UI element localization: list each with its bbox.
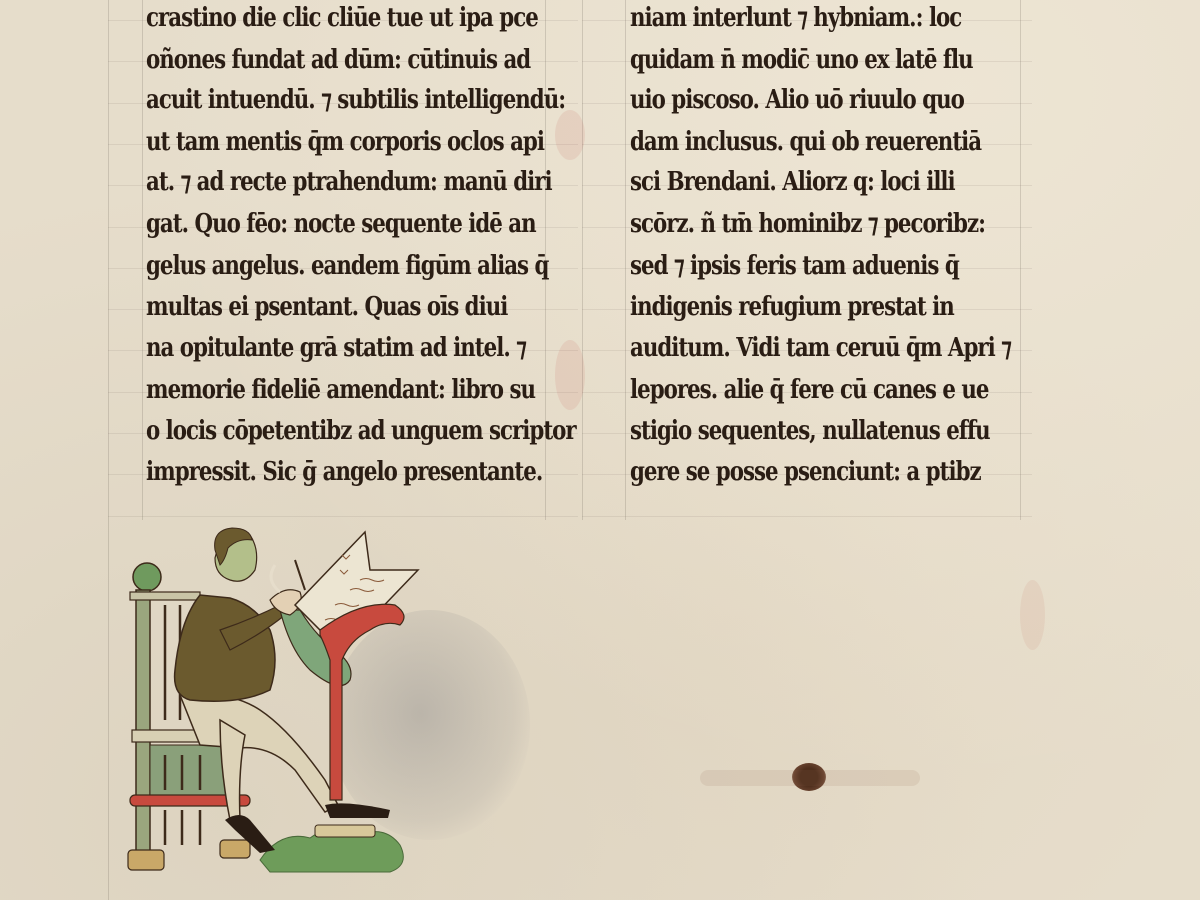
text-line: sci Brendani. Aliorz q: loci illi bbox=[630, 162, 955, 202]
text-line: sed ⁊ ipsis feris tam aduenis q̄ bbox=[630, 246, 959, 286]
text-line: na opitulante grā statim ad intel. ⁊ bbox=[146, 328, 526, 368]
ruling-line-horizontal bbox=[582, 516, 1032, 517]
ruling-line-horizontal bbox=[108, 516, 578, 517]
red-offset-mark bbox=[1020, 580, 1045, 650]
text-line: memorie fideliē amendant: libro su bbox=[146, 370, 535, 410]
text-line: uio piscoso. Alio uō riuulo quo bbox=[630, 80, 964, 120]
ruling-line-vertical bbox=[625, 0, 626, 520]
text-line: scōrz. ñ tm̄ hominibz ⁊ pecoribz: bbox=[630, 204, 985, 244]
ruling-line-vertical bbox=[108, 0, 109, 900]
text-line: crastino die clic cliūe tue ut ipa pce bbox=[146, 0, 538, 38]
text-line: indigenis refugium prestat in bbox=[630, 287, 954, 327]
scribe-illustration bbox=[120, 520, 440, 890]
text-line: auditum. Vidi tam ceruū q̄m Apri ⁊ bbox=[630, 328, 1011, 368]
text-line: gat. Quo fēo: nocte sequente idē an bbox=[146, 204, 536, 244]
red-offset-mark bbox=[555, 110, 585, 160]
ruling-line-vertical bbox=[142, 0, 143, 520]
text-line: niam interlunt ⁊ hybniam.: loc bbox=[630, 0, 961, 38]
text-line: gelus angelus. eandem figūm alias q̄ bbox=[146, 246, 548, 286]
text-line: stigio sequentes, nullatenus effu bbox=[630, 411, 990, 451]
text-line: dam inclusus. qui ob reuerentiā bbox=[630, 122, 981, 162]
text-line: oñones fundat ad dūm: cūtinuis ad bbox=[146, 40, 530, 80]
text-line: lepores. alie q̄ fere cū canes e ue bbox=[630, 370, 989, 410]
text-line: impressit. Sic ḡ angelo presentante. bbox=[146, 452, 542, 492]
text-line: at. ⁊ ad recte ptrahendum: manū diri bbox=[146, 162, 552, 202]
text-line: multas ei psentant. Quas oīs diui bbox=[146, 287, 507, 327]
ruling-line-vertical bbox=[1020, 0, 1021, 520]
stain-trail bbox=[700, 770, 920, 786]
text-line: o locis cōpetentibz ad unguem scriptor bbox=[146, 411, 576, 451]
manuscript-page: crastino die clic cliūe tue ut ipa pce o… bbox=[0, 0, 1200, 900]
text-line: quidam n̄ modic̄ uno ex latē flu bbox=[630, 40, 973, 80]
text-line: ut tam mentis q̄m corporis oclos api bbox=[146, 122, 544, 162]
ruling-line-vertical bbox=[582, 0, 583, 520]
red-offset-mark bbox=[555, 340, 585, 410]
text-line: gere se posse psenciunt: a ptibz bbox=[630, 452, 981, 492]
text-line: acuit intuendū. ⁊ subtilis intelligendū: bbox=[146, 80, 565, 120]
